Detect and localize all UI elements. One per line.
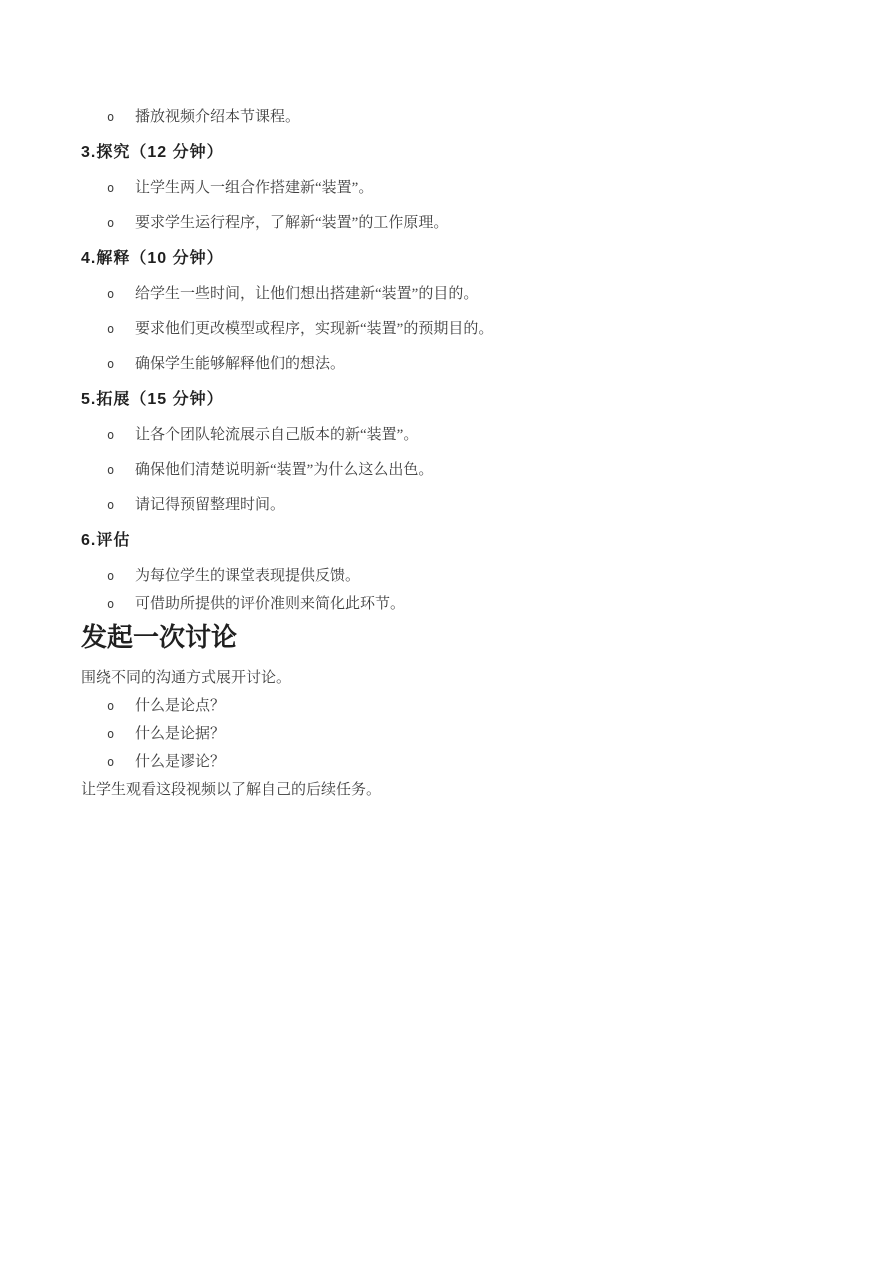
list-item: o确保学生能够解释他们的想法。 [81, 354, 822, 374]
list-item: o播放视频介绍本节课程。 [81, 107, 822, 127]
bullet-text: 让学生两人一组合作搭建新“装置”。 [135, 178, 822, 198]
bullet-marker: o [107, 460, 135, 480]
list-item: o请记得预留整理时间。 [81, 495, 822, 515]
list-item: o确保他们清楚说明新“装置”为什么这么出色。 [81, 460, 822, 480]
list-item: o要求学生运行程序，了解新“装置”的工作原理。 [81, 213, 822, 233]
bullet-marker: o [107, 724, 135, 744]
list-item: o让各个团队轮流展示自己版本的新“装置”。 [81, 425, 822, 445]
section-bullet-list: o给学生一些时间，让他们想出搭建新“装置”的目的。o要求他们更改模型或程序，实现… [81, 284, 822, 374]
bullet-marker: o [107, 425, 135, 445]
lesson-section: 3.探究（12 分钟）o让学生两人一组合作搭建新“装置”。o要求学生运行程序，了… [81, 142, 822, 233]
bullet-marker: o [107, 495, 135, 515]
bullet-marker: o [107, 284, 135, 304]
section-heading: 6.评估 [81, 530, 822, 551]
intro-bullet-list: o播放视频介绍本节课程。 [81, 107, 822, 127]
bullet-marker: o [107, 354, 135, 374]
discussion-title: 发起一次讨论 [81, 622, 822, 654]
section-bullet-list: o为每位学生的课堂表现提供反馈。o可借助所提供的评价准则来简化此环节。 [81, 566, 822, 614]
list-item: o让学生两人一组合作搭建新“装置”。 [81, 178, 822, 198]
bullet-marker: o [107, 213, 135, 233]
bullet-text: 给学生一些时间，让他们想出搭建新“装置”的目的。 [135, 284, 822, 304]
bullet-text: 确保学生能够解释他们的想法。 [135, 354, 822, 374]
section-heading: 4.解释（10 分钟） [81, 248, 822, 269]
bullet-text: 让各个团队轮流展示自己版本的新“装置”。 [135, 425, 822, 445]
bullet-text: 播放视频介绍本节课程。 [135, 107, 822, 127]
bullet-text: 要求学生运行程序，了解新“装置”的工作原理。 [135, 213, 822, 233]
list-item: o要求他们更改模型或程序，实现新“装置”的预期目的。 [81, 319, 822, 339]
list-item: o什么是论据？ [81, 724, 822, 744]
list-item: o可借助所提供的评价准则来简化此环节。 [81, 594, 822, 614]
bullet-marker: o [107, 594, 135, 614]
section-heading: 5.拓展（15 分钟） [81, 389, 822, 410]
bullet-text: 要求他们更改模型或程序，实现新“装置”的预期目的。 [135, 319, 822, 339]
bullet-marker: o [107, 107, 135, 127]
bullet-text: 可借助所提供的评价准则来简化此环节。 [135, 594, 822, 614]
bullet-text: 什么是论点？ [135, 696, 822, 716]
bullet-marker: o [107, 178, 135, 198]
list-item: o什么是谬论？ [81, 752, 822, 772]
section-heading: 3.探究（12 分钟） [81, 142, 822, 163]
document-page: o播放视频介绍本节课程。 3.探究（12 分钟）o让学生两人一组合作搭建新“装置… [0, 0, 892, 1263]
list-item: o什么是论点？ [81, 696, 822, 716]
bullet-text: 确保他们清楚说明新“装置”为什么这么出色。 [135, 460, 822, 480]
bullet-text: 请记得预留整理时间。 [135, 495, 822, 515]
bullet-marker: o [107, 566, 135, 586]
list-item: o为每位学生的课堂表现提供反馈。 [81, 566, 822, 586]
discussion-question-list: o什么是论点？o什么是论据？o什么是谬论？ [81, 696, 822, 772]
bullet-marker: o [107, 319, 135, 339]
document-content: o播放视频介绍本节课程。 3.探究（12 分钟）o让学生两人一组合作搭建新“装置… [81, 107, 822, 808]
bullet-text: 为每位学生的课堂表现提供反馈。 [135, 566, 822, 586]
lesson-section: 4.解释（10 分钟）o给学生一些时间，让他们想出搭建新“装置”的目的。o要求他… [81, 248, 822, 374]
list-item: o给学生一些时间，让他们想出搭建新“装置”的目的。 [81, 284, 822, 304]
lesson-section: 5.拓展（15 分钟）o让各个团队轮流展示自己版本的新“装置”。o确保他们清楚说… [81, 389, 822, 515]
discussion-intro: 围绕不同的沟通方式展开讨论。 [81, 668, 822, 688]
lesson-sections: 3.探究（12 分钟）o让学生两人一组合作搭建新“装置”。o要求学生运行程序，了… [81, 142, 822, 614]
section-bullet-list: o让学生两人一组合作搭建新“装置”。o要求学生运行程序，了解新“装置”的工作原理… [81, 178, 822, 233]
bullet-text: 什么是论据？ [135, 724, 822, 744]
bullet-text: 什么是谬论？ [135, 752, 822, 772]
discussion-outro: 让学生观看这段视频以了解自己的后续任务。 [81, 780, 822, 800]
bullet-marker: o [107, 696, 135, 716]
bullet-marker: o [107, 752, 135, 772]
section-bullet-list: o让各个团队轮流展示自己版本的新“装置”。o确保他们清楚说明新“装置”为什么这么… [81, 425, 822, 515]
lesson-section: 6.评估o为每位学生的课堂表现提供反馈。o可借助所提供的评价准则来简化此环节。 [81, 530, 822, 614]
